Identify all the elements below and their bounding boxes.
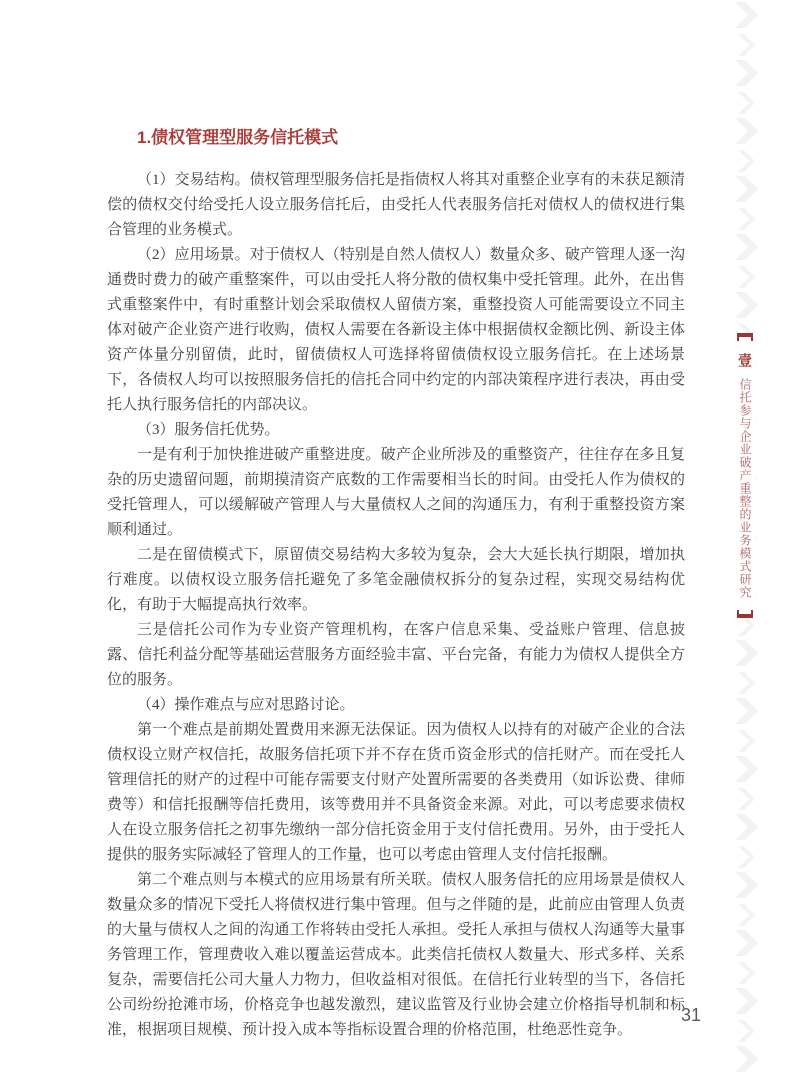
section-heading: 1.债权管理型服务信托模式 [137,126,685,150]
bracket-top-icon [737,333,753,341]
paragraph: 三是信托公司作为专业资产管理机构，在客户信息采集、受益账户管理、信息披露、信托利… [107,618,685,693]
paragraph: （2）应用场景。对于债权人（特别是自然人债权人）数量众多、破产管理人逐一沟通费时… [107,243,685,418]
paragraph: （3）服务信托优势。 [107,418,685,443]
document-page: 壹 信托参与企业破产重整的业务模式研究 1.债权管理型服务信托模式 （1）交易结… [0,0,793,1077]
body-paragraphs: （1）交易结构。债权管理型服务信托是指债权人将其对重整企业享有的未获足额清偿的债… [107,168,685,1043]
chapter-sidebar-label: 壹 信托参与企业破产重整的业务模式研究 [734,333,756,618]
paragraph: 第二个难点则与本模式的应用场景有所关联。债权人服务信托的应用场景是债权人数量众多… [107,868,685,1043]
paragraph: （4）操作难点与应对思路讨论。 [107,693,685,718]
page-content: 1.债权管理型服务信托模式 （1）交易结构。债权管理型服务信托是指债权人将其对重… [107,126,685,1043]
bracket-bottom-icon [737,610,753,618]
page-number: 31 [681,1005,701,1026]
chapter-title-vertical: 信托参与企业破产重整的业务模式研究 [734,378,756,599]
paragraph: （1）交易结构。债权管理型服务信托是指债权人将其对重整企业享有的未获足额清偿的债… [107,168,685,243]
paragraph: 一是有利于加快推进破产重整进度。破产企业所涉及的重整资产，往往存在多且复杂的历史… [107,443,685,543]
chapter-number: 壹 [735,353,755,367]
paragraph: 二是在留债模式下，原留债交易结构大多较为复杂，会大大延长执行期限，增加执行难度。… [107,543,685,618]
paragraph: 第一个难点是前期处置费用来源无法保证。因为债权人以持有的对破产企业的合法债权设立… [107,718,685,868]
